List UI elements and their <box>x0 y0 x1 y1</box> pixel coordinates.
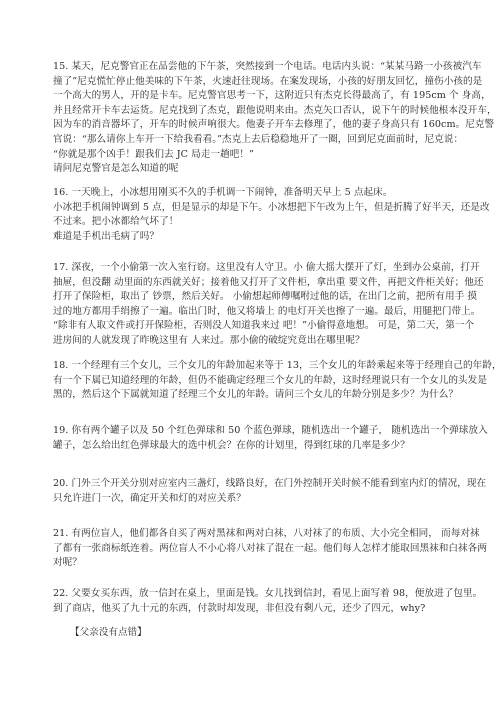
question-22: 22. 父要女买东西，放一信封在桌上，里面是钱。女儿找到信封，看见上面写着 98… <box>53 587 457 616</box>
question-line: 撞了”尼克慌忙停止他美味的下午茶，火速赶往现场。在案发现场，小孩的好朋友回忆，撞… <box>53 75 457 90</box>
question-line: 官说：“那么请你上车开一下给我看看。”杰克上去后稳稳地开了一圈，回到尼克面前时，… <box>53 133 457 148</box>
question-21: 21. 有两位盲人，他们都各自买了两对黑袜和两对白袜，八对袜了的布质、大小完全相… <box>53 527 457 571</box>
document-page: 15. 某天，尼克警官正在品尝他的下午茶，突然接到一个电话。电话内头说：“某某马… <box>0 0 500 707</box>
question-18: 18. 一个经理有三个女儿，三个女儿的年龄加起来等于 13，三个女儿的年龄乘起来… <box>53 359 457 403</box>
question-line: 到了商店，他买了九十元的东西，付款时却发现，非但没有剩八元，还少了四元，why? <box>53 602 457 617</box>
question-line: 22. 父要女买东西，放一信封在桌上，里面是钱。女儿找到信封，看见上面写着 98… <box>53 587 457 602</box>
question-line: 了都有一张商标纸连着。两位盲人不小心将八对袜了混在一起。他们每人怎样才能取回黑袜… <box>53 542 457 557</box>
question-line: 18. 一个经理有三个女儿，三个女儿的年龄加起来等于 13，三个女儿的年龄乘起来… <box>53 359 457 374</box>
question-line: 请问尼克警官是怎么知道的呢 <box>53 162 457 177</box>
question-line: “你就是那个凶手！跟我们去 JC 局走一趟吧！” <box>53 148 457 163</box>
question-line: 20. 门外三个开关分别对应室内三盏灯，线路良好，在门外控制开关时候不能看到室内… <box>53 477 457 492</box>
question-line: 罐子，怎么给出红色弹球最大的选中机会？在你的计划里，得到红球的几率是多少？ <box>53 439 457 454</box>
question-line: 并且经常开卡车去运货。尼克找到了杰克，跟他说明来由。杰克矢口否认，说下午的时候他… <box>53 104 457 119</box>
question-line: 15. 某天，尼克警官正在品尝他的下午茶，突然接到一个电话。电话内头说：“某某马… <box>53 60 457 75</box>
answer-hint: 【父亲没有点错】 <box>70 626 147 640</box>
question-line: 对呢？ <box>53 556 457 571</box>
question-line: 难道是手机出毛病了吗？ <box>53 230 457 245</box>
question-line: 17. 深夜，一个小偷第一次入室行窃。这里没有人守卫。小 偷大摇大摆开了灯，坐到… <box>53 261 457 276</box>
question-line: 一个高大的男人，开的是卡车。尼克警官思考一下，这附近只有杰克长得最高了，有 19… <box>53 89 457 104</box>
question-line: 19. 你有两个罐子以及 50 个红色弹球和 50 个蓝色弹球，随机选出一个罐子… <box>53 424 457 439</box>
question-line: 过的地方都用手绢擦了一遍。临出门时，他又将墙上 的电灯开关也擦了一遍。最后，用腿… <box>53 305 457 320</box>
question-16: 16. 一天晚上，小冰想用刚买不久的手机调一下闹钟，准备明天早上 5 点起床。 … <box>53 186 457 244</box>
question-line: 因为车的消音器坏了，开车的时候声响很大。他妻子开车去修理了，他的妻子身高只有 1… <box>53 118 457 133</box>
question-line: 抽屉，但没翻 动里面的东西就关好；接着他又打开了文件柜，拿出重 要文件，再把文件… <box>53 276 457 291</box>
question-line: 黑的，然后这个下属就知道了经理三个女儿的年龄。请问三个女儿的年龄分别是多少？为什… <box>53 388 457 403</box>
question-line: 小冰把手机闹钟调到 5 点，但是显示的却是下午。小冰想把下午改为上午，但是折腾了… <box>53 201 457 216</box>
question-line: 打开了保险柜，取出了 钞票，然后关好。 小偷想起师傅嘱咐过他的话，在出门之前，把… <box>53 290 457 305</box>
question-20: 20. 门外三个开关分别对应室内三盏灯，线路良好，在门外控制开关时候不能看到室内… <box>53 477 457 506</box>
question-19: 19. 你有两个罐子以及 50 个红色弹球和 50 个蓝色弹球，随机选出一个罐子… <box>53 424 457 453</box>
question-line: 有一个下属已知道经理的年龄，但仍不能确定经理三个女儿的年龄，这时经理说只有一个女… <box>53 374 457 389</box>
question-15: 15. 某天，尼克警官正在品尝他的下午茶，突然接到一个电话。电话内头说：“某某马… <box>53 60 457 177</box>
question-line: 21. 有两位盲人，他们都各自买了两对黑袜和两对白袜，八对袜了的布质、大小完全相… <box>53 527 457 542</box>
question-line: 进房间的人就发现了昨晚这里有 人来过。那小偷的破绽究竟出在哪里呢？ <box>53 334 457 349</box>
question-17: 17. 深夜，一个小偷第一次入室行窃。这里没有人守卫。小 偷大摇大摆开了灯，坐到… <box>53 261 457 349</box>
question-line: 不过来。把小冰都给气坏了！ <box>53 215 457 230</box>
question-line: 16. 一天晚上，小冰想用刚买不久的手机调一下闹钟，准备明天早上 5 点起床。 <box>53 186 457 201</box>
question-line: 只允许进门一次，确定开关和灯的对应关系？ <box>53 492 457 507</box>
question-line: “除非有人取文件或打开保险柜，否则没人知道我来过 吧！”小偷得意地想。 可是，第… <box>53 319 457 334</box>
